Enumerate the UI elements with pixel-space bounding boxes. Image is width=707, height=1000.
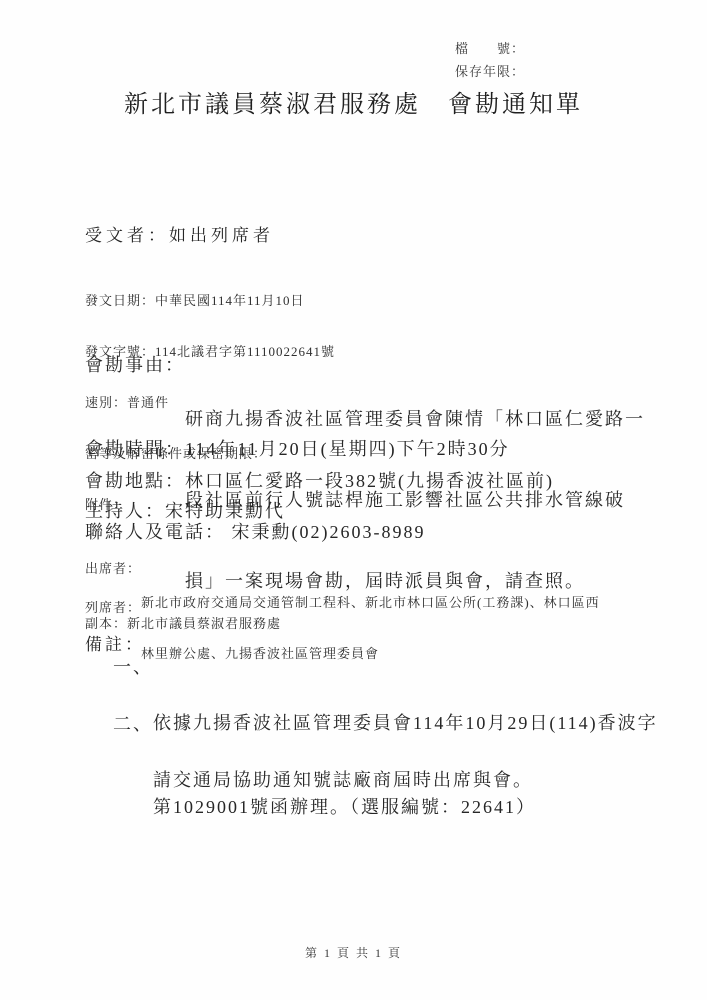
remark-marker: 一、 [113, 653, 153, 681]
inspection-time-line: 會勘時間：114年11月20日(星期四)下午2時30分 [85, 435, 510, 461]
remark-item: 二、 請交通局協助通知號誌廠商屆時出席與會。 [113, 710, 533, 850]
subject-line: 研商九揚香波社區管理委員會陳情「林口區仁愛路一 [185, 406, 645, 433]
contact-line: 聯絡人及電話： 宋秉勳(02)2603-8989 [85, 518, 425, 544]
notice-document-page: 檔 號： 保存年限： 新北市議員蔡淑君服務處 會勘通知單 受文者：如出列席者 發… [0, 0, 707, 1000]
inspection-subject-label: 會勘事由： [85, 352, 185, 379]
inspection-location-line: 會勘地點：林口區仁愛路一段382號(九揚香波社區前) [85, 467, 554, 493]
attendees-line: 新北市政府交通局交通管制工程科、新北市林口區公所(工務課)、林口區西 [141, 594, 600, 611]
page-title: 新北市議員蔡淑君服務處 會勘通知單 [0, 84, 707, 119]
attendees-label: 出席者： [85, 560, 141, 577]
remarks-label: 備註： [85, 630, 145, 655]
issue-date-line: 發文日期：中華民國114年11月10日 [85, 292, 335, 309]
remark-marker: 二、 [113, 710, 153, 738]
retention-period-label: 保存年限： [455, 61, 525, 80]
remark-line: 請交通局協助通知號誌廠商屆時出席與會。 [153, 766, 533, 794]
remark-text: 請交通局協助通知號誌廠商屆時出席與會。 [153, 710, 533, 850]
recipient-line: 受文者：如出列席者 [85, 221, 274, 246]
file-number-label: 檔 號： [455, 38, 525, 57]
page-number-footer: 第 1 頁 共 1 頁 [0, 944, 707, 961]
